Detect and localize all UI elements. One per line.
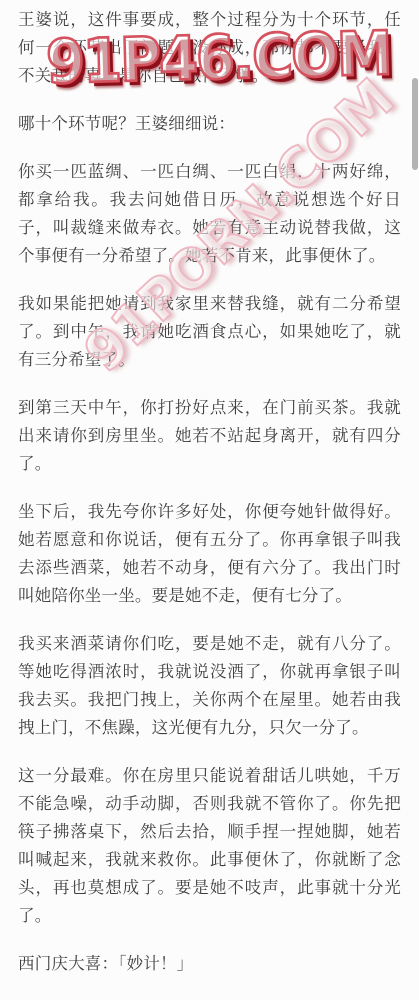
paragraph: 哪十个环节呢？王婆细细说： [18,110,401,138]
paragraph: 王婆说，这件事要成，整个过程分为十个环节，任何一个环节出了问题，没办成，那你都不… [18,6,401,90]
paragraph: 坐下后，我先夸你许多好处，你便夸她针做得好。她若愿意和你说话，便有五分了。你再拿… [18,498,401,610]
paragraph: 你买一匹蓝绸、一匹白绸、一匹白绢，十两好绵，都拿给我。我去问她借日历，故意说想选… [18,158,401,270]
paragraph: 我买来酒菜请你们吃，要是她不走，就有八分了。等她吃得酒浓时，我就说没酒了，你就再… [18,630,401,742]
paragraph: 到第三天中午，你打扮好点来，在门前买茶。我就出来请你到房里坐。她若不站起身离开，… [18,394,401,478]
paragraph: 我如果能把她请到我家里来替我缝，就有二分希望了。到中午，我请她吃酒食点心，如果她… [18,290,401,374]
paragraph: 这一分最难。你在房里只能说着甜话儿哄她，千万不能急噪，动手动脚，否则我就不管你了… [18,762,401,930]
paragraph: 西门庆大喜：「妙计！」 [18,950,401,978]
article-body: 王婆说，这件事要成，整个过程分为十个环节，任何一个环节出了问题，没办成，那你都不… [0,0,419,978]
reader-page: 王婆说，这件事要成，整个过程分为十个环节，任何一个环节出了问题，没办成，那你都不… [0,0,419,1000]
scrollbar-thumb[interactable] [412,78,418,170]
